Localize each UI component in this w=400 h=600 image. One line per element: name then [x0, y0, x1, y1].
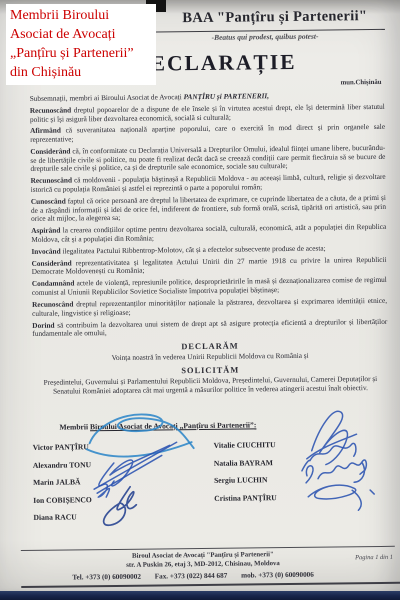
letterhead-motto: -Beatus qui prodest, quibus potest-	[145, 31, 385, 43]
place-line: mun.Chișinău	[341, 79, 382, 86]
photo-bottom-edge	[0, 591, 400, 600]
document-body: Subsemnații, membri ai Biroului Asociat …	[30, 91, 388, 397]
paragraph-afirmand: Afirmând că suveranitatea națională apar…	[30, 123, 385, 144]
footer-contacts: Tel. +373 (0) 60090002 Fax. +373 (022) 8…	[3, 570, 383, 582]
document-photo: BAA "Panțîru și Partenerii" -Beatus qui …	[0, 0, 400, 600]
signature-ion-cobisenco	[103, 487, 136, 526]
signature-victor-tail	[87, 442, 192, 457]
overlay-label-line: Asociat de Avocați	[10, 25, 152, 44]
signature-vitalie-ciuchitu	[306, 411, 357, 465]
letterhead-firm-name: BAA "Panțîru și Partenerii"	[165, 8, 385, 27]
signature-sergiu-luchin	[306, 460, 367, 483]
overlay-label-line: Membrii Biroului	[10, 6, 152, 25]
paragraph-aspirand: Aspirând la crearea condițiilor optime p…	[31, 223, 386, 244]
paragraph-condamnand: Condamnând actele de violență, represiun…	[32, 276, 387, 297]
footer-fax: Fax. +373 (022) 844 687	[155, 572, 228, 581]
footer-page-number: Pagina 1 din 1	[355, 554, 393, 561]
overlay-label-line: „Panțîru și Partenerii”	[10, 44, 152, 63]
signature-alexandru-tonu	[110, 445, 170, 486]
paragraph-recunoscand-1: Recunoscând dreptul popoarelor de a disp…	[30, 103, 385, 124]
signer-name: Marin JALBĂ	[33, 477, 92, 495]
signatures-heading: Membrii Biroului Asociat de Avocați „Pan…	[59, 420, 256, 431]
signature-natalia-bayram	[302, 443, 356, 471]
signer-name: Vitalie CIUCHITU	[214, 440, 277, 458]
solicitam-text: Președintelui, Guvernului și Parlamentul…	[33, 375, 388, 396]
signature-marin-jalba	[98, 463, 114, 497]
paragraph-considerand-2: Considerând reprezentativitatea și legal…	[32, 256, 387, 277]
footer-address-block: Biroul Asociat de Avocați "Panțîru și Pa…	[43, 549, 363, 571]
footer-mobile: mob. +373 (0) 60090006	[241, 571, 314, 580]
paragraph-dorind: Dorind să contribuim la dezvoltarea unui…	[32, 317, 387, 338]
signer-name: Cristina PANȚÎRU	[214, 493, 277, 511]
signer-name: Ion COBIȘENCO	[33, 495, 92, 513]
signature-cristina-pantiru	[308, 485, 374, 511]
signer-name: Diana RACU	[33, 512, 92, 530]
footer-rule-bottom	[21, 582, 400, 588]
signature-names-left: Victor PANȚÎRU Alexandru TONU Marin JALB…	[33, 442, 92, 530]
paragraph-considerand-1: Considerând că, în conformitate cu Decla…	[30, 144, 385, 174]
intro-firm-name: PANȚÎRU și PARTENERII,	[184, 91, 270, 101]
intro-lead: Subsemnații, membri ai Biroului Asociat …	[30, 92, 184, 103]
overlay-label-line: din Chișinău	[10, 63, 152, 82]
signer-name: Alexandru TONU	[33, 460, 92, 478]
signer-name: Victor PANȚÎRU	[33, 442, 92, 460]
signer-name: Sergiu LUCHIN	[214, 475, 277, 493]
paragraph-cunoscand: Cunoscând faptul că orice persoană are d…	[31, 194, 386, 224]
signature-names-right: Vitalie CIUCHITU Natalia BAYRAM Sergiu L…	[214, 440, 277, 511]
overlay-label: Membrii Biroului Asociat de Avocați „Pan…	[6, 4, 156, 85]
signature-victor-pantiru	[89, 414, 193, 449]
signer-name: Natalia BAYRAM	[214, 458, 277, 476]
paragraph-recunoscand-3: Recunoscând dreptul reprezentanților min…	[32, 297, 387, 318]
paragraph-recunoscand-2: Recunoscând că moldovenii - populația bă…	[31, 173, 386, 194]
signature-alexandru-stroke	[94, 442, 178, 493]
footer-telephone: Tel. +373 (0) 60090002	[72, 573, 141, 582]
page-content: BAA "Panțîru și Partenerii" -Beatus qui …	[0, 0, 400, 600]
